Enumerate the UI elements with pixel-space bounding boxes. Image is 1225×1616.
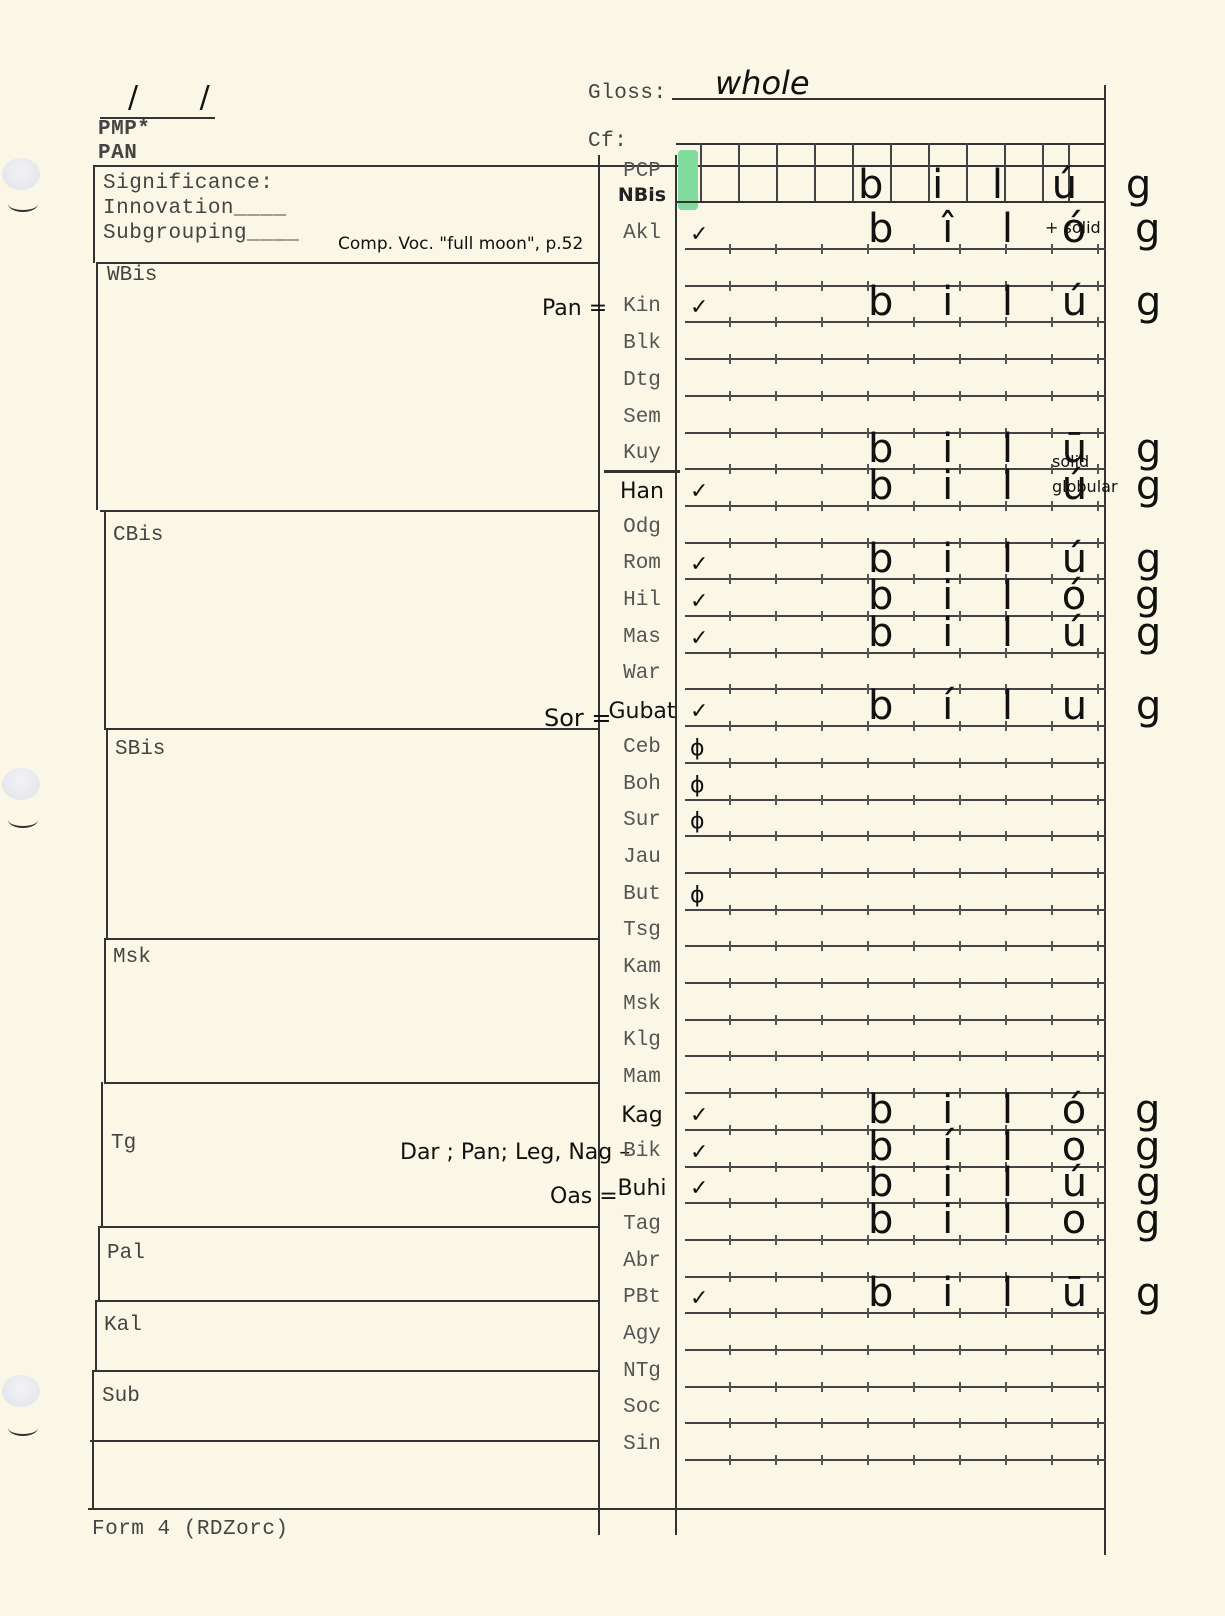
- binder-hole-shadow: [8, 812, 38, 828]
- side-note-gubat: Sor =: [544, 704, 612, 732]
- pmp-label: PMP*: [98, 118, 150, 141]
- side-note-bik: Dar ; Pan; Leg, Nag –: [400, 1140, 630, 1165]
- reference-note: Comp. Voc. "full moon", p.52: [338, 234, 583, 254]
- language-code: Tsg: [608, 919, 676, 942]
- null-sign-icon[interactable]: ϕ: [690, 883, 705, 908]
- ruled-line: [685, 982, 1105, 984]
- ruled-line: [685, 835, 1105, 837]
- reconstruction-form: b i l ú g: [858, 162, 1169, 208]
- ruled-line: [685, 1349, 1105, 1351]
- checkmark-icon[interactable]: ✓: [690, 1286, 708, 1311]
- language-code: Kin: [608, 295, 676, 318]
- significance-title: Significance:: [103, 172, 273, 195]
- grid-cell: [776, 143, 778, 201]
- language-code: Han: [608, 479, 676, 504]
- ruled-line: [685, 872, 1105, 874]
- checkmark-icon[interactable]: ✓: [690, 1140, 708, 1165]
- language-code: Ceb: [608, 736, 676, 759]
- grid-cell: [852, 143, 854, 201]
- checkmark-icon[interactable]: ✓: [690, 1103, 708, 1128]
- form-annotation: globular: [1052, 477, 1118, 496]
- ruled-line: [685, 1019, 1105, 1021]
- checkmark-icon[interactable]: ✓: [690, 1176, 708, 1201]
- cognate-form[interactable]: b î l ó g: [868, 206, 1178, 252]
- checkmark-icon[interactable]: ✓: [690, 699, 708, 724]
- cognate-form[interactable]: b i l ú g: [868, 279, 1179, 325]
- language-code: NTg: [608, 1360, 676, 1383]
- pan-label: PAN: [98, 142, 137, 165]
- form-annotation: + solid: [1045, 218, 1101, 237]
- language-code: Soc: [608, 1396, 676, 1419]
- grid-cell: [814, 143, 816, 201]
- cognate-form[interactable]: b i l ū g: [868, 1270, 1179, 1316]
- cognate-form[interactable]: b i l ú g: [868, 463, 1179, 509]
- language-code: Sin: [608, 1433, 676, 1456]
- cognate-form[interactable]: b í l u g: [868, 683, 1179, 729]
- language-code: Rom: [608, 552, 676, 575]
- language-code: War: [608, 662, 676, 685]
- binder-hole: [2, 158, 40, 190]
- binder-hole: [2, 1375, 40, 1407]
- ruled-line: [685, 762, 1105, 764]
- ruled-line: [685, 1386, 1105, 1388]
- language-code: Gubat: [608, 699, 676, 724]
- language-code: Dtg: [608, 369, 676, 392]
- section-sub: Sub: [102, 1385, 140, 1408]
- checkmark-icon[interactable]: ✓: [690, 552, 708, 577]
- language-code: Mam: [608, 1066, 676, 1089]
- language-code: Sem: [608, 406, 676, 429]
- null-sign-icon[interactable]: ϕ: [690, 773, 705, 798]
- ruled-line: [685, 358, 1105, 360]
- language-code: Kam: [608, 956, 676, 979]
- group-divider: [604, 470, 680, 473]
- gloss-label: Gloss:: [588, 82, 667, 105]
- binder-hole-shadow: [8, 1420, 38, 1436]
- language-code: Klg: [608, 1029, 676, 1052]
- section-tg: Tg: [111, 1132, 136, 1155]
- subgrouping-field[interactable]: Subgrouping____: [103, 222, 300, 245]
- ruled-line: [685, 1422, 1105, 1424]
- binder-hole-shadow: [8, 196, 38, 212]
- section-msk: Msk: [113, 946, 151, 969]
- language-code: Akl: [608, 222, 676, 245]
- ruled-line: [685, 909, 1105, 911]
- grid-cell: [700, 143, 702, 201]
- date-marks: / /: [128, 80, 236, 115]
- reconstruction-label-pcp: PCP: [608, 160, 676, 183]
- checkmark-icon[interactable]: ✓: [690, 295, 708, 320]
- checkmark-icon[interactable]: ✓: [690, 626, 708, 651]
- language-code: Agy: [608, 1323, 676, 1346]
- cognate-form[interactable]: b i l ú g: [868, 610, 1179, 656]
- null-sign-icon[interactable]: ϕ: [690, 736, 705, 761]
- section-kal: Kal: [104, 1314, 142, 1337]
- checkmark-icon[interactable]: ✓: [690, 479, 708, 504]
- language-code: Blk: [608, 332, 676, 355]
- ruled-line: [685, 1459, 1105, 1461]
- form-footer: Form 4 (RDZorc): [92, 1518, 289, 1541]
- language-code: Odg: [608, 516, 676, 539]
- gloss-value[interactable]: whole: [715, 64, 810, 102]
- cf-label: Cf:: [588, 130, 627, 153]
- checkmark-icon[interactable]: ✓: [690, 589, 708, 614]
- grid-cell: [738, 143, 740, 201]
- ruled-line: [685, 945, 1105, 947]
- language-code: Sur: [608, 809, 676, 832]
- language-code: Boh: [608, 773, 676, 796]
- binder-hole: [2, 768, 40, 800]
- language-code: Msk: [608, 993, 676, 1016]
- language-code: Jau: [608, 846, 676, 869]
- ruled-line: [685, 799, 1105, 801]
- null-sign-icon[interactable]: ϕ: [690, 809, 705, 834]
- language-code: Hil: [608, 589, 676, 612]
- innovation-field[interactable]: Innovation____: [103, 197, 286, 220]
- section-cbis: CBis: [113, 524, 163, 547]
- section-pal: Pal: [107, 1242, 145, 1265]
- language-code: Abr: [608, 1250, 676, 1273]
- section-sbis: SBis: [115, 738, 165, 761]
- ruled-line: [685, 1055, 1105, 1057]
- language-code: Kag: [608, 1103, 676, 1128]
- checkmark-icon[interactable]: ✓: [690, 222, 708, 247]
- language-code: Tag: [608, 1213, 676, 1236]
- language-code: Buhi: [608, 1176, 676, 1201]
- ruled-line: [685, 395, 1105, 397]
- language-code: Bik: [608, 1140, 676, 1163]
- side-note-kin: Pan =: [542, 296, 607, 321]
- language-code: But: [608, 883, 676, 906]
- language-code: Mas: [608, 626, 676, 649]
- reconstruction-label-nbis: NBis: [608, 184, 676, 206]
- language-code: Kuy: [608, 442, 676, 465]
- section-wbis: WBis: [107, 264, 157, 287]
- cognate-form[interactable]: b i l o g: [868, 1197, 1178, 1243]
- language-code: PBt: [608, 1286, 676, 1309]
